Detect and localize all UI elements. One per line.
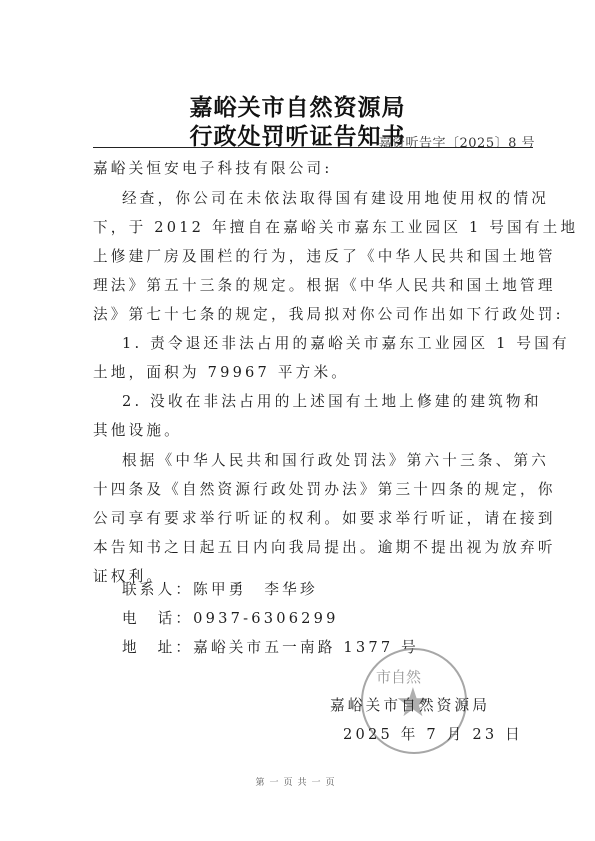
contact-address: 地 址：嘉峪关市五一南路 1377 号 [122, 636, 419, 657]
body-line: 法》第七十七条的规定，我局拟对你公司作出如下行政处罚: [93, 303, 564, 324]
body-line: 经查，你公司在未依法取得国有建设用地使用权的情况 [122, 187, 549, 208]
header-divider [93, 147, 533, 148]
page-footer: 第一页共一页 [0, 775, 595, 788]
penalty-item-1-cont: 土地，面积为 79967 平方米。 [93, 361, 349, 382]
document-number: 嘉资听告字〔2025〕8 号 [379, 132, 536, 151]
body-line: 上修建厂房及围栏的行为，违反了《中华人民共和国土地管 [93, 245, 556, 266]
penalty-item-2-cont: 其他设施。 [93, 419, 182, 440]
body-line: 十四条及《自然资源行政处罚办法》第三十四条的规定，你 [93, 478, 556, 499]
issuer-signature: 嘉峪关市自然资源局 [330, 694, 490, 715]
contact-people: 联系人：陈甲勇 李华珍 [122, 578, 318, 599]
body-line: 根据《中华人民共和国行政处罚法》第六十三条、第六 [122, 449, 549, 470]
recipient: 嘉峪关恒安电子科技有限公司: [93, 157, 332, 178]
body-line: 本告知书之日起五日内向我局提出。逾期不提出视为放弃听 [93, 536, 556, 557]
document-page: 嘉峪关市自然资源局 行政处罚听证告知书 嘉资听告字〔2025〕8 号 嘉峪关恒安… [0, 0, 595, 841]
body-line: 公司享有要求举行听证的权利。如要求举行听证，请在接到 [93, 507, 556, 528]
penalty-item-1: 1. 责令退还非法占用的嘉峪关市嘉东工业园区 1 号国有 [122, 332, 570, 353]
penalty-item-2: 2. 没收在非法占用的上述国有土地上修建的建筑物和 [122, 390, 542, 411]
issue-date: 2025 年 7 月 23 日 [343, 723, 523, 744]
body-line: 理法》第五十三条的规定。根据《中华人民共和国土地管理 [93, 274, 556, 295]
contact-phone: 电 话：0937-6306299 [122, 607, 339, 628]
body-line: 下，于 2012 年擅自在嘉峪关市嘉东工业园区 1 号国有土地 [93, 216, 578, 237]
